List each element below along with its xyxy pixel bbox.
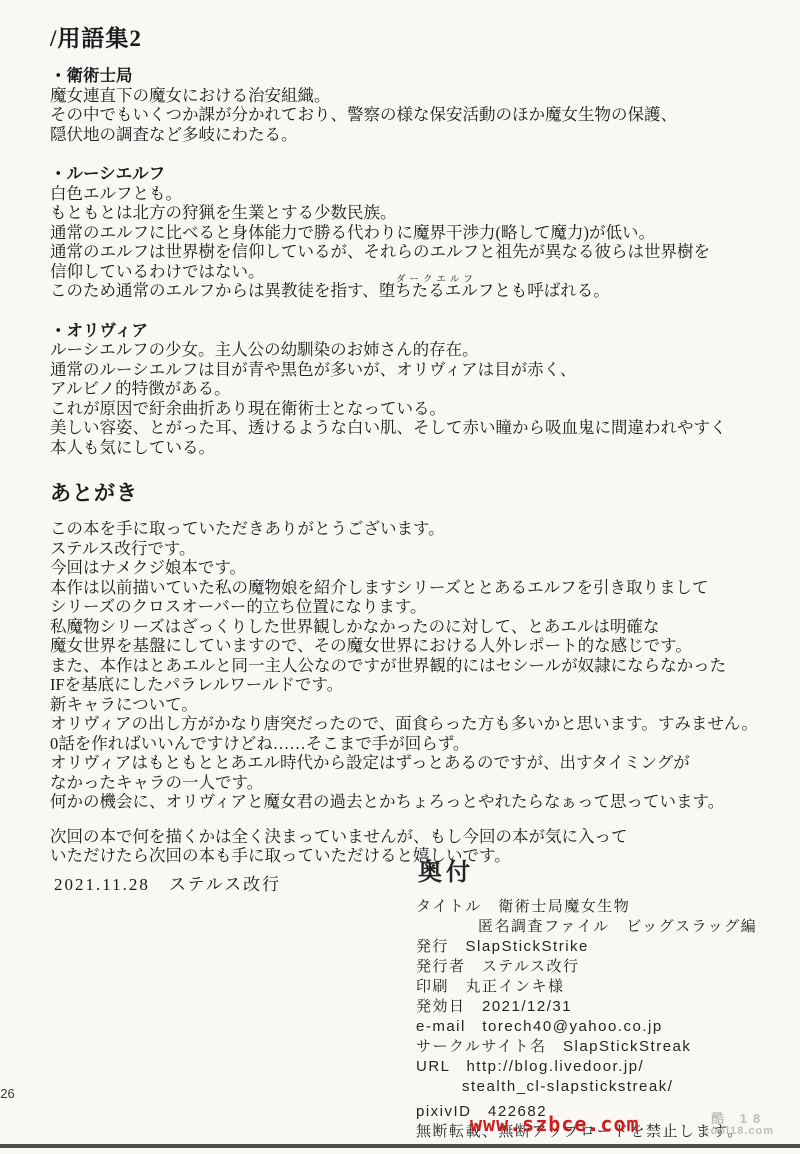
term-line: アルビノ的特徴がある。 (50, 379, 792, 399)
term-line: 隠伏地の調査など多岐にわたる。 (50, 125, 792, 145)
term-line: 通常のエルフに比べると身体能力で勝る代わりに魔界干渉力(略して魔力)が低い。 (50, 223, 792, 243)
glossary-section-eijutsushikyoku: ・衛術士局 魔女連直下の魔女における治安組織。 その中でもいくつか課が分かれてお… (50, 66, 792, 144)
afterword-line: 新キャラについて。 (50, 695, 792, 715)
afterword-line: オリヴィアはもともととあエル時代から設定はずっとあるのですが、出すタイミングが (50, 753, 792, 773)
afterword-line: また、本作はとあエルと同一主人公なのですが世界観的にはセシールが奴隷にならなかっ… (50, 656, 792, 676)
term-line: 美しい容姿、とがった耳、透けるような白い肌、そして赤い瞳から吸血鬼に間違われやす… (50, 418, 792, 438)
afterword-line: 私魔物シリーズはざっくりした世界観しかなかったのに対して、とあエルは明確な (50, 617, 792, 637)
colophon: 奥付 タイトル 衛術士局魔女生物 匿名調査ファイル ビッグスラッグ編 発行 Sl… (416, 852, 798, 1142)
afterword-line: シリーズのクロスオーバー的立ち位置になります。 (50, 597, 792, 617)
afterword-line: 次回の本で何を描くかは全く決まっていませんが、もし今回の本が気に入って (50, 827, 792, 847)
term-line: 本人も気にしている。 (50, 438, 792, 458)
term-title: ・ルーシエルフ (50, 164, 792, 184)
ruby-after-text: とも呼ばれる。 (494, 281, 610, 300)
colophon-row-publisher: 発行 SlapStickStrike (416, 937, 798, 957)
glossary-heading: /用語集2 (50, 20, 792, 53)
scan-bottom-edge (0, 1144, 800, 1148)
site-logo-top-text: 酷 18 (703, 1112, 774, 1125)
afterword-line: 魔女世界を基盤にしていますので、その魔女世界における人外レポート的な感じです。 (50, 636, 792, 656)
colophon-row-url: URL http://blog.livedoor.jp/ (416, 1057, 798, 1077)
afterword-line: オリヴィアの出し方がかなり唐突だったので、面食らった方も多いかと思います。すみま… (50, 714, 792, 734)
afterword-paragraph-1: この本を手に取っていただきありがとうございます。 ステルス改行です。 今回はナメ… (50, 519, 792, 812)
colophon-row-date: 発効日 2021/12/31 (416, 997, 798, 1017)
dark-elf-ruby-text: ダークエルフ (396, 271, 477, 291)
afterword-line: 本作は以前描いていた私の魔物娘を紹介しますシリーズととあるエルフを引き取りまして (50, 578, 792, 598)
afterword-line: なかったキャラの一人です。 (50, 773, 792, 793)
colophon-row-title-2: 匿名調査ファイル ビッグスラッグ編 (416, 917, 798, 937)
term-line: これが原因で紆余曲折あり現在衛術士となっている。 (50, 399, 792, 419)
site-logo: 酷 18 cool18.com (703, 1112, 774, 1137)
term-line: もともとは北方の狩猟を生業とする少数民族。 (50, 203, 792, 223)
page-number: 026 (0, 1086, 15, 1101)
colophon-heading: 奥付 (418, 852, 798, 887)
dark-elf-ruby-base: ダークエルフ堕ちたるエルフ (379, 281, 495, 301)
term-line: ルーシエルフの少女。主人公の幼馴染のお姉さん的存在。 (50, 340, 792, 360)
colophon-row-email: e-mail torech40@yahoo.co.jp (416, 1017, 798, 1037)
colophon-row-circle-site: サークルサイト名 SlapStickStreak (416, 1037, 798, 1057)
afterword-line: この本を手に取っていただきありがとうございます。 (50, 519, 792, 539)
glossary-section-lucielf: ・ルーシエルフ 白色エルフとも。 もともとは北方の狩猟を生業とする少数民族。 通… (50, 164, 792, 301)
afterword-heading: あとがき (50, 477, 792, 507)
date-signature: 2021.11.28 ステルス改行 (54, 870, 281, 895)
term-line: 白色エルフとも。 (50, 184, 792, 204)
afterword-line: 今回はナメクジ娘本です。 (50, 558, 792, 578)
page-content: /用語集2 ・衛術士局 魔女連直下の魔女における治安組織。 その中でもいくつか課… (0, 0, 800, 866)
site-logo-bottom-text: cool18.com (703, 1125, 774, 1137)
colophon-row-printer: 印刷 丸正インキ様 (416, 977, 798, 997)
term-title: ・オリヴィア (50, 321, 792, 341)
afterword-line: 0話を作ればいいんですけどね……そこまで手が回らず。 (50, 734, 792, 754)
colophon-row-url-2: stealth_cl-slapstickstreak/ (416, 1077, 798, 1097)
ruby-before-text: このため通常のエルフからは異教徒を指す、 (50, 281, 379, 300)
colophon-row-author: 発行者 ステルス改行 (416, 957, 798, 977)
term-line: 魔女連直下の魔女における治安組織。 (50, 86, 792, 106)
term-line: その中でもいくつか課が分かれており、警察の様な保安活動のほか魔女生物の保護、 (50, 105, 792, 125)
afterword-line: 何かの機会に、オリヴィアと魔女君の過去とかちょろっとやれたらなぁって思っています… (50, 792, 792, 812)
afterword-line: ステルス改行です。 (50, 539, 792, 559)
term-line-with-ruby: このため通常のエルフからは異教徒を指す、ダークエルフ堕ちたるエルフとも呼ばれる。 (50, 281, 792, 301)
term-line: 通常のルーシエルフは目が青や黒色が多いが、オリヴィアは目が赤く、 (50, 360, 792, 380)
afterword-line: IFを基底にしたパラレルワールドです。 (50, 675, 792, 695)
colophon-row-title: タイトル 衛術士局魔女生物 (416, 897, 798, 917)
glossary-section-olivia: ・オリヴィア ルーシエルフの少女。主人公の幼馴染のお姉さん的存在。 通常のルーシ… (50, 321, 792, 458)
term-title: ・衛術士局 (50, 66, 792, 86)
document-page: /用語集2 ・衛術士局 魔女連直下の魔女における治安組織。 その中でもいくつか課… (0, 0, 800, 1154)
term-line: 通常のエルフは世界樹を信仰しているが、それらのエルフと祖先が異なる彼らは世界樹を (50, 242, 792, 262)
watermark-url: www.szbce.com (470, 1112, 640, 1136)
